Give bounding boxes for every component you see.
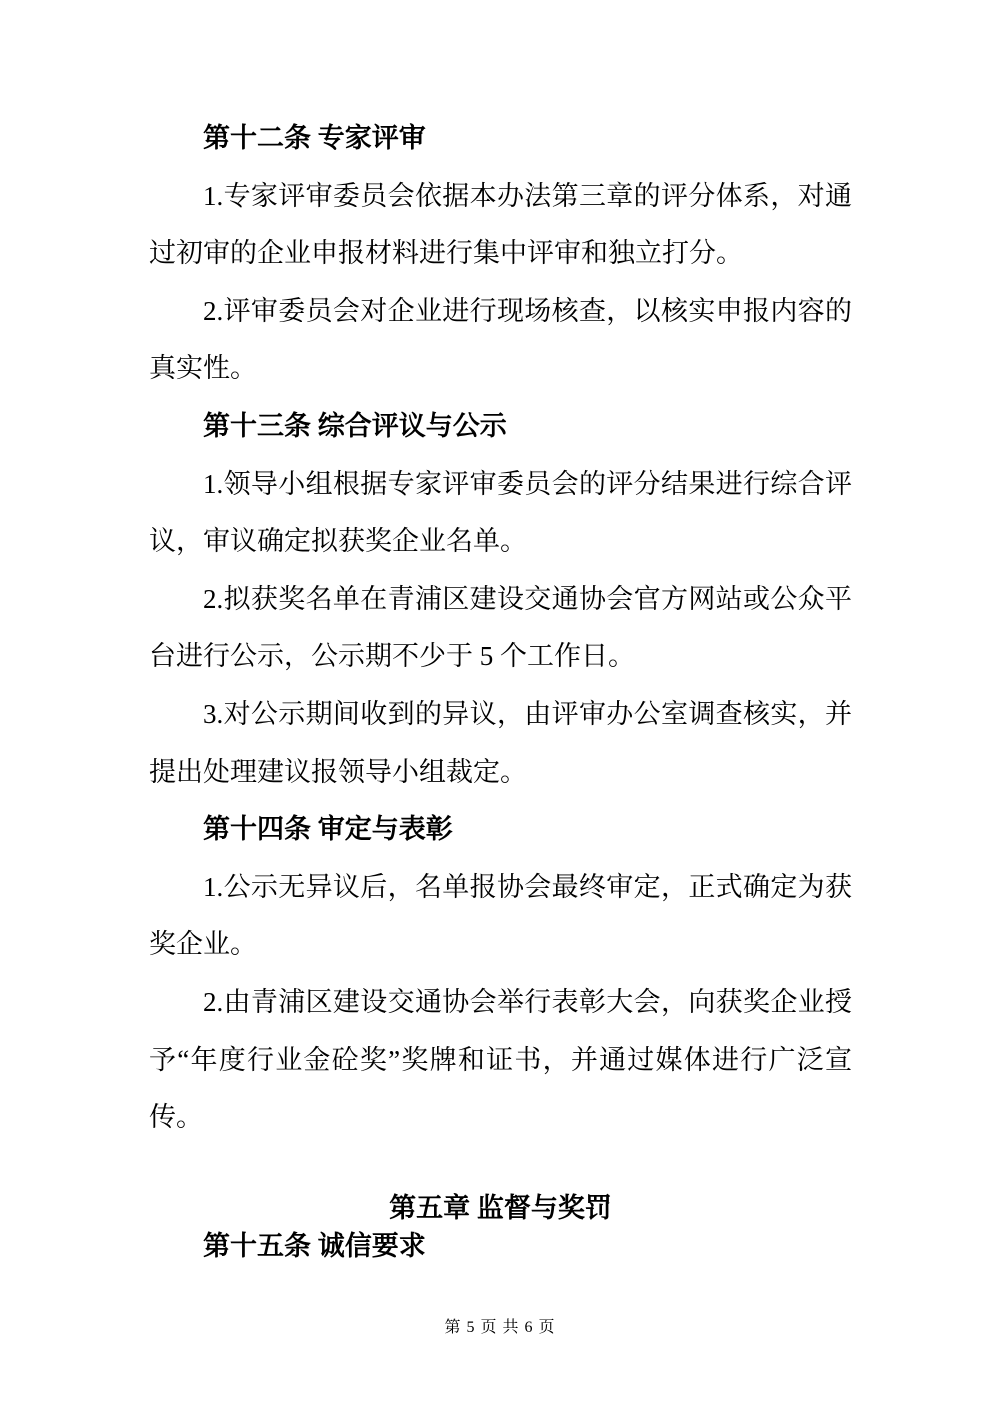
text-line: 3.对公示期间收到的异议，由评审办公室调查核实，并 [149, 686, 852, 744]
article-heading: 第十二条 专家评审 [149, 110, 852, 168]
text-line: 1.公示无异议后，名单报协会最终审定，正式确定为获 [149, 859, 852, 917]
article-heading: 第十三条 综合评议与公示 [149, 398, 852, 456]
text-line: 1.领导小组根据专家评审委员会的评分结果进行综合评 [149, 456, 852, 514]
page-footer: 第 5 页 共 6 页 [0, 1314, 1000, 1337]
document-body: 第十二条 专家评审1.专家评审委员会依据本办法第三章的评分体系，对通过初审的企业… [149, 110, 852, 1147]
article-heading: 第十五条 诚信要求 [149, 1227, 852, 1265]
text-line: 提出处理建议报领导小组裁定。 [149, 744, 852, 802]
text-line: 过初审的企业申报材料进行集中评审和独立打分。 [149, 225, 852, 283]
text-line: 台进行公示，公示期不少于 5 个工作日。 [149, 628, 852, 686]
chapter-heading: 第五章 监督与奖罚 [149, 1189, 852, 1227]
text-line: 2.评审委员会对企业进行现场核查，以核实申报内容的 [149, 283, 852, 341]
article-heading: 第十四条 审定与表彰 [149, 801, 852, 859]
chapter-section: 第五章 监督与奖罚 第十五条 诚信要求 [149, 1189, 852, 1265]
document-page: 第十二条 专家评审1.专家评审委员会依据本办法第三章的评分体系，对通过初审的企业… [0, 0, 1000, 1413]
text-line: 2.拟获奖名单在青浦区建设交通协会官方网站或公众平 [149, 571, 852, 629]
text-line: 传。 [149, 1089, 852, 1147]
text-line: 奖企业。 [149, 916, 852, 974]
text-line: 2.由青浦区建设交通协会举行表彰大会，向获奖企业授 [149, 974, 852, 1032]
text-line: 议，审议确定拟获奖企业名单。 [149, 513, 852, 571]
text-line: 真实性。 [149, 340, 852, 398]
text-line: 1.专家评审委员会依据本办法第三章的评分体系，对通 [149, 168, 852, 226]
page-number: 第 5 页 共 6 页 [444, 1319, 555, 1336]
text-line: 予“年度行业金砼奖”奖牌和证书，并通过媒体进行广泛宣 [149, 1032, 852, 1090]
